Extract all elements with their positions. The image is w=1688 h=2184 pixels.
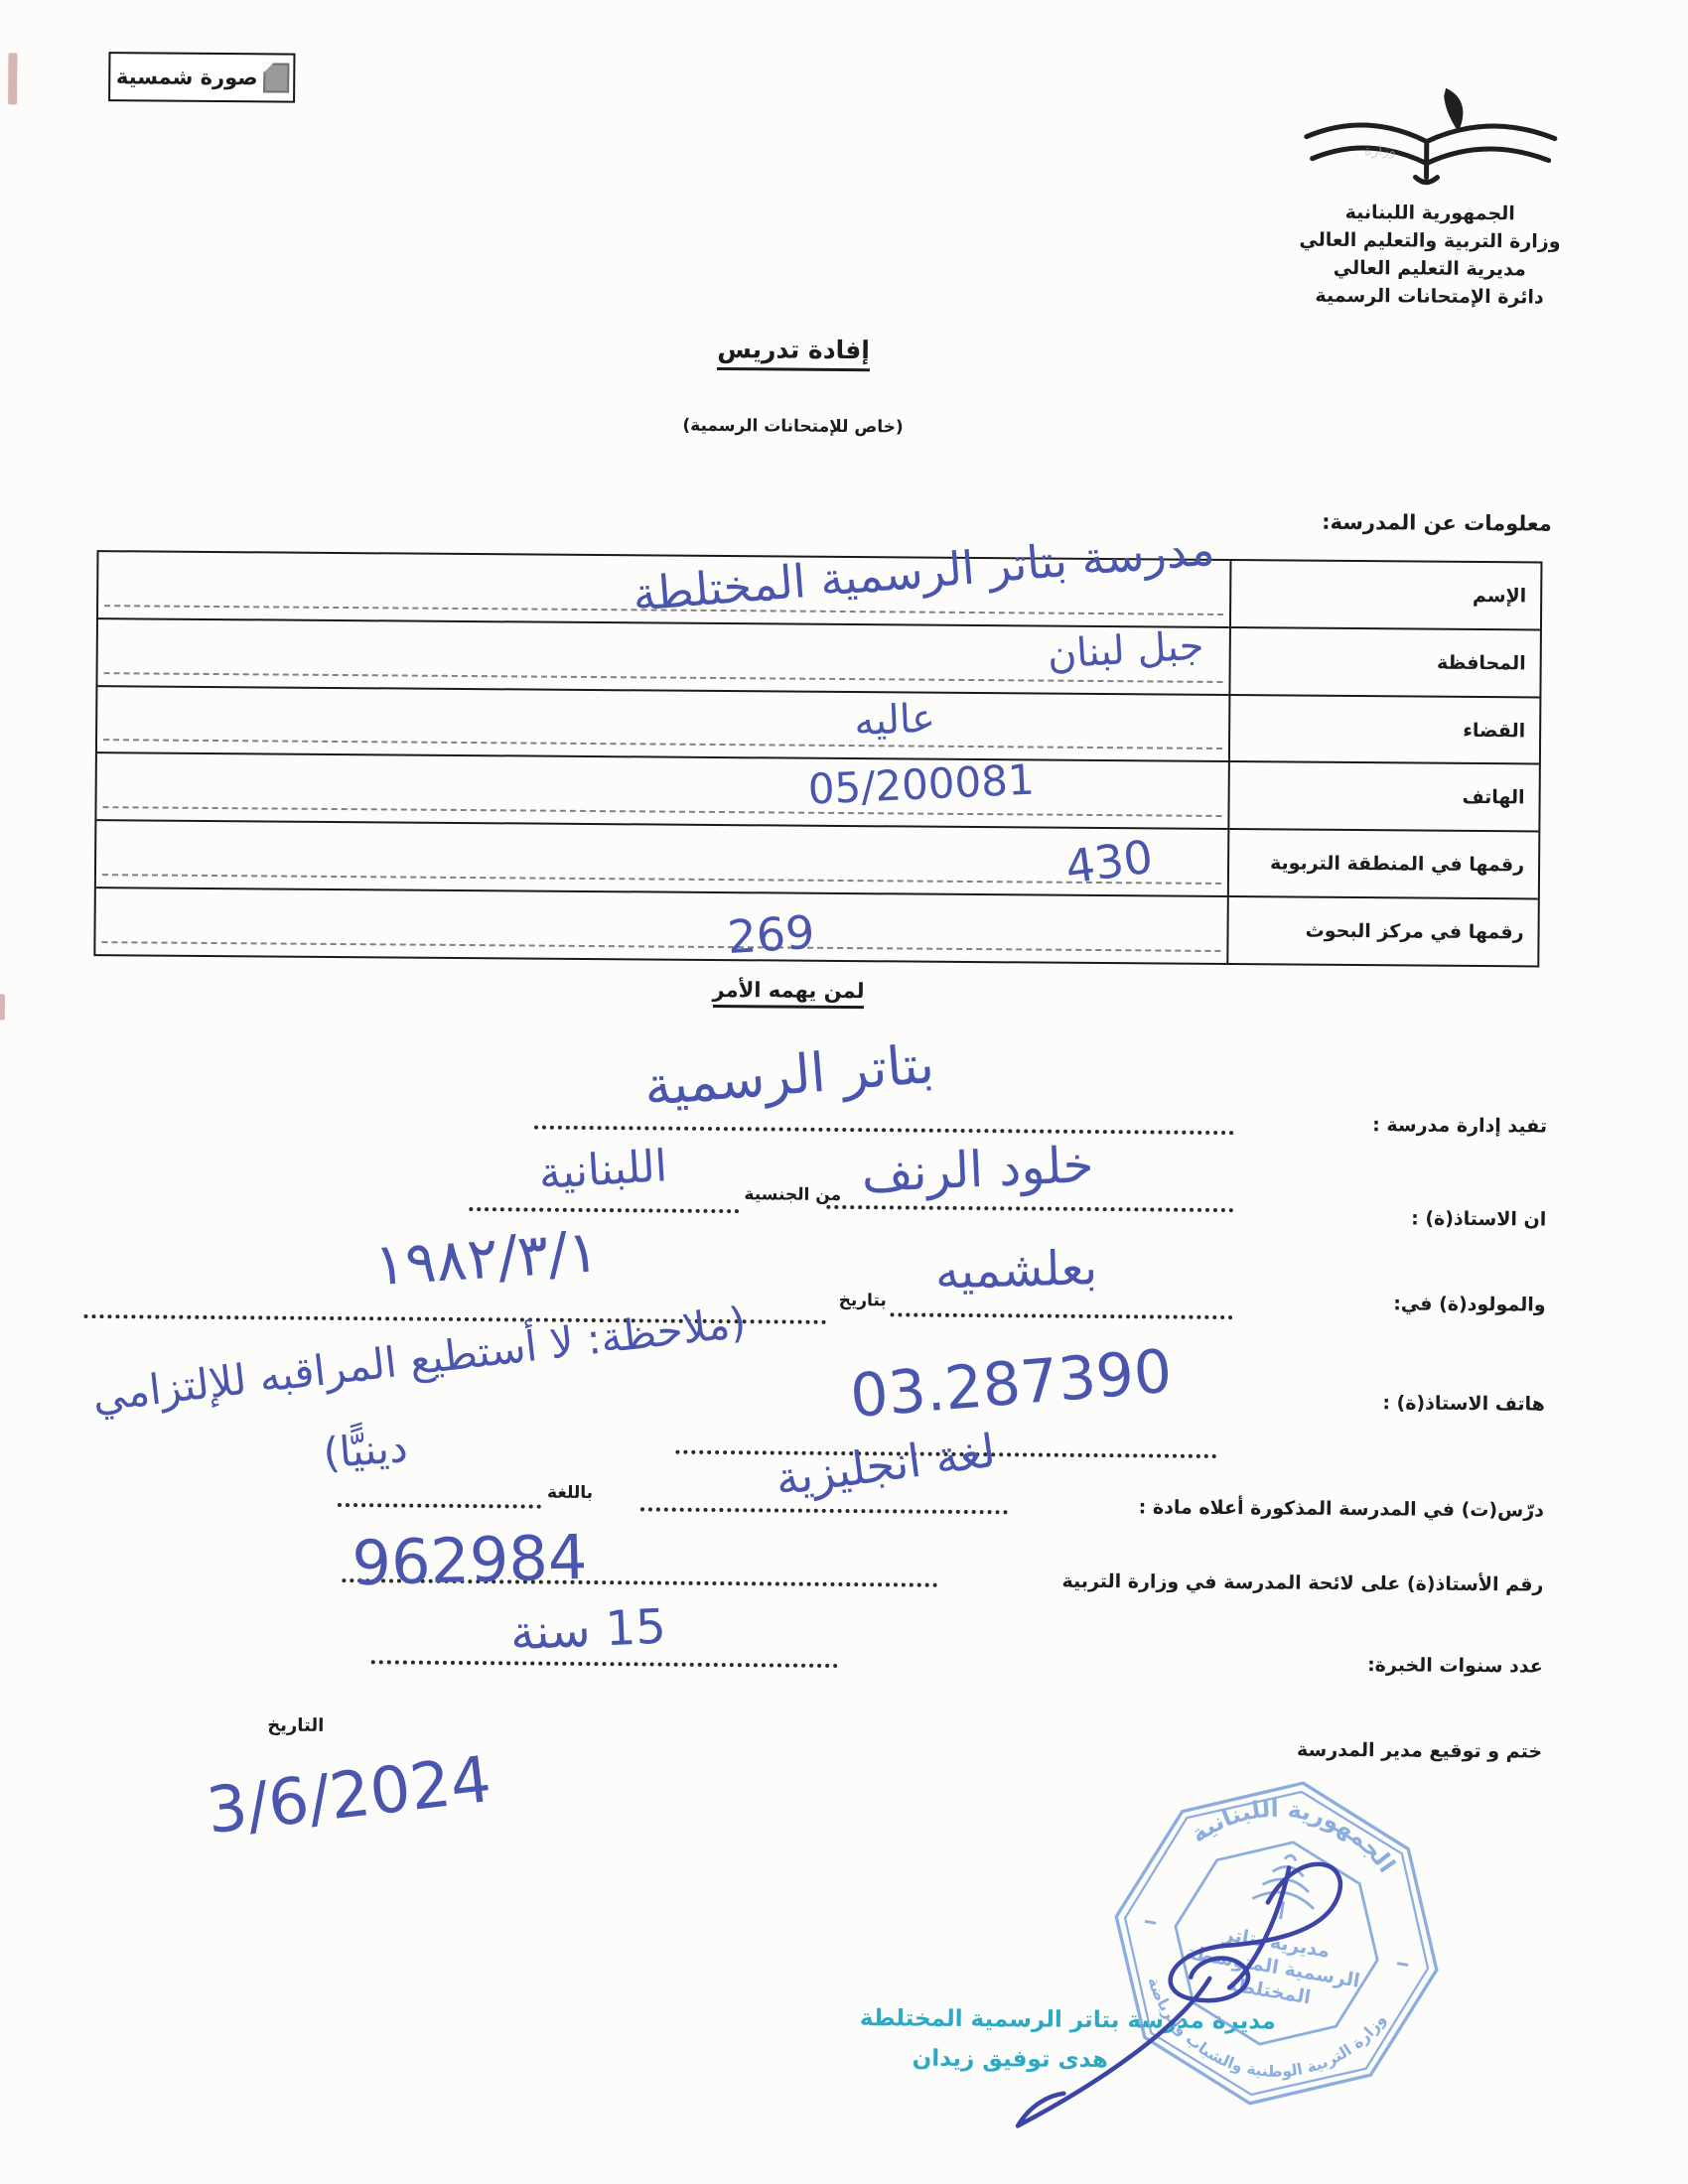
scan-artifact xyxy=(0,994,5,1020)
row-label-district: القضاء xyxy=(1228,696,1540,763)
row-label-research-number: رقمها في مركز البحوث xyxy=(1226,897,1538,965)
date-label: التاريخ xyxy=(267,1714,324,1735)
header-line-ministry: وزارة التربية والتعليم العالي xyxy=(1281,225,1579,255)
document-title: إفادة تدريس xyxy=(620,334,967,365)
dotted-line-experience xyxy=(371,1660,838,1668)
handwritten-subject: لغة انجليزية xyxy=(773,1424,999,1506)
school-info-heading: معلومات عن المدرسة: xyxy=(1185,509,1552,536)
handwritten-birthplace: بعلشميه xyxy=(934,1240,1098,1299)
handwritten-district: عاليه xyxy=(853,695,936,745)
photo-placeholder-box: صورة شمسية xyxy=(108,52,295,102)
ministry-logo-icon: وزارة xyxy=(1296,85,1565,205)
writing-line xyxy=(102,874,1221,885)
scan-artifact xyxy=(8,53,17,104)
dotted-line-subject xyxy=(640,1507,1008,1514)
scanned-teaching-certificate: صورة شمسية وزارة الجمهورية اللبنانية وزا… xyxy=(0,0,1688,2184)
handwritten-school-name: مدرسة بتاتر الرسمية المختلطة xyxy=(631,521,1216,620)
handwritten-teacher-name: خلود الرنف xyxy=(860,1136,1094,1203)
experience-label: عدد سنوات الخبرة: xyxy=(1367,1654,1543,1677)
handwritten-governorate: جبل لبنان xyxy=(1047,622,1205,678)
broken-image-icon xyxy=(263,63,289,92)
handwritten-research-number: 269 xyxy=(726,905,816,964)
handwritten-school-phone: 05/200081 xyxy=(807,755,1036,814)
phone-label: هاتف الاستاذ(ة) : xyxy=(1382,1392,1545,1415)
table-row: القضاء عاليه xyxy=(97,687,1539,765)
registry-label: رقم الأستاذ(ة) على لائحة المدرسة في وزار… xyxy=(1061,1570,1543,1596)
handwritten-experience: 15 سنة xyxy=(509,1599,667,1662)
writing-line xyxy=(101,941,1220,952)
nationality-label: من الجنسية xyxy=(744,1184,841,1205)
teacher-label: ان الاستاذ(ة) : xyxy=(1411,1207,1546,1230)
row-value-district-number: 430 xyxy=(96,821,1227,895)
handwritten-date: 3/6/2024 xyxy=(203,1743,494,1848)
writing-line xyxy=(102,806,1221,817)
handwritten-note-line2: دينيًّا) xyxy=(322,1423,410,1478)
dotted-line-admin xyxy=(534,1126,1234,1136)
photo-box-label: صورة شمسية xyxy=(114,65,259,89)
table-row: رقمها في المنطقة التربوية 430 xyxy=(96,821,1538,899)
dotted-line-teacher-name xyxy=(826,1205,1233,1212)
scan-tilt-wrapper: صورة شمسية وزارة الجمهورية اللبنانية وزا… xyxy=(0,0,1688,2184)
handwritten-nationality: اللبنانية xyxy=(537,1141,668,1199)
dotted-line-birthplace xyxy=(890,1312,1232,1319)
row-label-name: الإسم xyxy=(1229,561,1541,628)
language-label: باللغة xyxy=(547,1483,593,1503)
row-label-phone: الهاتف xyxy=(1227,763,1539,831)
subject-label: درّس(ت) في المدرسة المذكورة أعلاه مادة : xyxy=(1139,1496,1544,1521)
header-line-exams-dept: دائرة الإمتحانات الرسمية xyxy=(1280,281,1578,311)
flame-icon xyxy=(1444,88,1464,132)
logo-watermark: وزارة xyxy=(1364,143,1396,159)
dotted-line-nationality xyxy=(469,1207,739,1213)
birth-date-label: بتاريخ xyxy=(839,1291,887,1310)
row-value-district: عاليه xyxy=(97,687,1228,761)
handwritten-birthdate: ١٩٨٢/٣/١ xyxy=(372,1217,601,1298)
row-value-governorate: جبل لبنان xyxy=(97,619,1228,694)
handwritten-phone: 03.287390 xyxy=(848,1337,1175,1433)
table-row: المحافظة جبل لبنان xyxy=(97,619,1539,698)
header-line-directorate: مديرية التعليم العالي xyxy=(1281,253,1579,283)
row-value-name: مدرسة بتاتر الرسمية المختلطة xyxy=(98,552,1229,626)
document-subtitle: (خاص للإمتحانات الرسمية) xyxy=(619,415,966,438)
header-line-republic: الجمهورية اللبنانية xyxy=(1281,198,1579,227)
birth-label: والمولود(ة) في: xyxy=(1393,1293,1546,1315)
row-label-governorate: المحافظة xyxy=(1228,628,1540,696)
dotted-line-language xyxy=(338,1503,541,1509)
school-info-table: الإسم مدرسة بتاتر الرسمية المختلطة المحا… xyxy=(93,550,1542,967)
stamp-signature-label: ختم و توقيع مدير المدرسة xyxy=(1297,1739,1542,1763)
handwritten-admin-school: بتاتر الرسمية xyxy=(641,1032,936,1118)
to-whom-heading: لمن يهمه الأمر xyxy=(615,977,962,1004)
table-row: الهاتف 05/200081 xyxy=(96,754,1538,833)
row-label-district-number: رقمها في المنطقة التربوية xyxy=(1227,830,1539,897)
admin-label: تفيد إدارة مدرسة : xyxy=(1372,1114,1547,1137)
table-row: الإسم مدرسة بتاتر الرسمية المختلطة xyxy=(98,552,1540,630)
principal-signature xyxy=(968,1826,1397,2146)
table-row: رقمها في مركز البحوث 269 xyxy=(95,888,1537,965)
handwritten-district-number: 430 xyxy=(1062,830,1156,894)
handwritten-registry-number: 962984 xyxy=(352,1521,589,1599)
row-value-phone: 05/200081 xyxy=(96,754,1227,829)
writing-line xyxy=(103,740,1222,751)
ministry-header: الجمهورية اللبنانية وزارة التربية والتعل… xyxy=(1280,198,1579,311)
row-value-research-number: 269 xyxy=(95,888,1226,963)
